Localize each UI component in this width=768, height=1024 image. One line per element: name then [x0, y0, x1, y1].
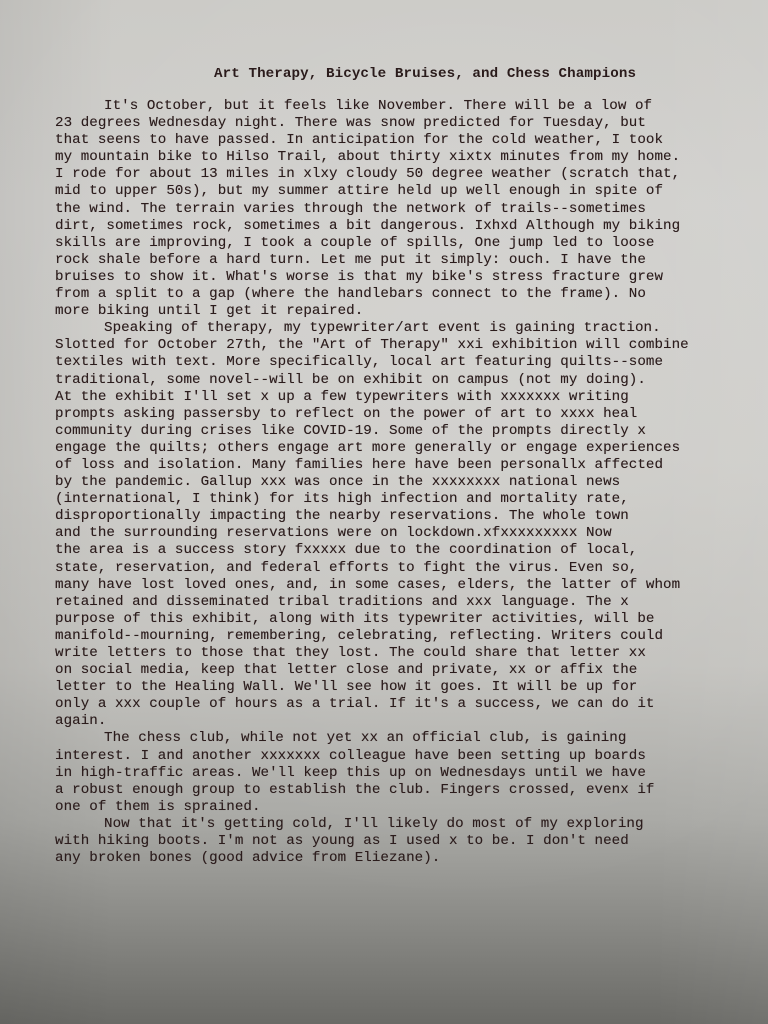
text-line: letter to the Healing Wall. We'll see ho…	[55, 679, 755, 696]
text-line: mid to upper 50s), but my summer attire …	[55, 183, 755, 200]
text-line: one of them is sprained.	[55, 799, 755, 816]
text-line: the wind. The terrain varies through the…	[55, 201, 755, 218]
text-line: the area is a success story fxxxxx due t…	[55, 542, 755, 559]
text-line: Speaking of therapy, my typewriter/art e…	[55, 320, 755, 337]
text-line: textiles with text. More specifically, l…	[55, 354, 755, 371]
text-line: with hiking boots. I'm not as young as I…	[55, 833, 755, 850]
text-line: that seens to have passed. In anticipati…	[55, 132, 755, 149]
text-line: by the pandemic. Gallup xxx was once in …	[55, 474, 755, 491]
typewritten-page: Art Therapy, Bicycle Bruises, and Chess …	[0, 0, 768, 1024]
text-line: from a split to a gap (where the handleb…	[55, 286, 755, 303]
text-line: 23 degrees Wednesday night. There was sn…	[55, 115, 755, 132]
text-line: manifold--mourning, remembering, celebra…	[55, 628, 755, 645]
text-line: more biking until I get it repaired.	[55, 303, 755, 320]
text-line: Slotted for October 27th, the "Art of Th…	[55, 337, 755, 354]
text-line: skills are improving, I took a couple of…	[55, 235, 755, 252]
page-title: Art Therapy, Bicycle Bruises, and Chess …	[214, 66, 636, 82]
text-line: write letters to those that they lost. T…	[55, 645, 755, 662]
text-line: a robust enough group to establish the c…	[55, 782, 755, 799]
text-line: any broken bones (good advice from Eliez…	[55, 850, 755, 867]
text-line: I rode for about 13 miles in xlxy cloudy…	[55, 166, 755, 183]
text-line: It's October, but it feels like November…	[55, 98, 755, 115]
document-body: It's October, but it feels like November…	[55, 98, 755, 867]
text-line: bruises to show it. What's worse is that…	[55, 269, 755, 286]
text-line: purpose of this exhibit, along with its …	[55, 611, 755, 628]
text-line: traditional, some novel--will be on exhi…	[55, 372, 755, 389]
text-line: in high-traffic areas. We'll keep this u…	[55, 765, 755, 782]
text-line: only a xxx couple of hours as a trial. I…	[55, 696, 755, 713]
text-line: on social media, keep that letter close …	[55, 662, 755, 679]
text-line: again.	[55, 713, 755, 730]
text-line: retained and disseminated tribal traditi…	[55, 594, 755, 611]
text-line: state, reservation, and federal efforts …	[55, 560, 755, 577]
text-line: dirt, sometimes rock, sometimes a bit da…	[55, 218, 755, 235]
text-line: and the surrounding reservations were on…	[55, 525, 755, 542]
text-line: At the exhibit I'll set x up a few typew…	[55, 389, 755, 406]
text-line: (international, I think) for its high in…	[55, 491, 755, 508]
text-line: of loss and isolation. Many families her…	[55, 457, 755, 474]
text-line: rock shale before a hard turn. Let me pu…	[55, 252, 755, 269]
text-line: many have lost loved ones, and, in some …	[55, 577, 755, 594]
text-line: community during crises like COVID-19. S…	[55, 423, 755, 440]
text-line: my mountain bike to Hilso Trail, about t…	[55, 149, 755, 166]
text-line: engage the quilts; others engage art mor…	[55, 440, 755, 457]
text-line: disproportionally impacting the nearby r…	[55, 508, 755, 525]
text-line: The chess club, while not yet xx an offi…	[55, 730, 755, 747]
text-line: interest. I and another xxxxxxx colleagu…	[55, 748, 755, 765]
text-line: prompts asking passersby to reflect on t…	[55, 406, 755, 423]
text-line: Now that it's getting cold, I'll likely …	[55, 816, 755, 833]
